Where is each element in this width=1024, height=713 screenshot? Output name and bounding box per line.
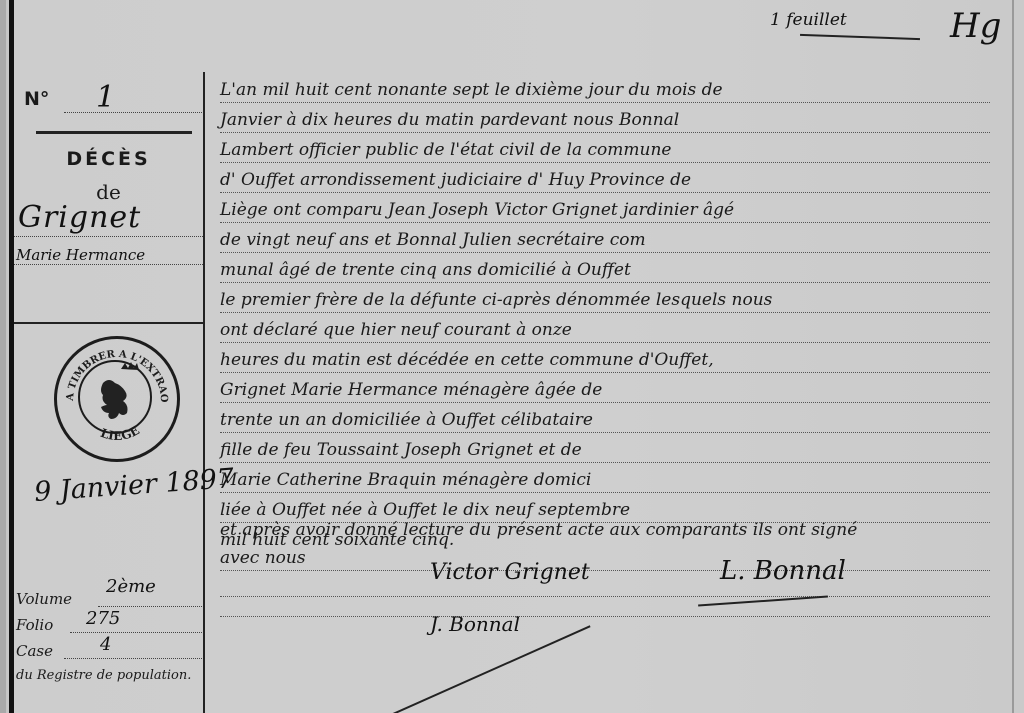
record-number-label: N°	[24, 88, 49, 110]
signature-line	[220, 602, 990, 617]
case-label: Case	[16, 642, 53, 660]
text-line: le premier frère de la défunte ci-après …	[220, 282, 990, 313]
separator-bar	[36, 131, 192, 134]
page-edge-right	[1012, 0, 1014, 713]
text-line: et après avoir donné lecture du présent …	[220, 512, 990, 538]
text-line: L'an mil huit cent nonante sept le dixiè…	[220, 72, 990, 103]
section-heading: DÉCÈS	[14, 148, 203, 170]
deceased-first-names: Marie Hermance	[16, 246, 145, 264]
text-line: avec nous	[220, 540, 990, 571]
signature-line	[220, 574, 990, 597]
record-number-value: 1	[96, 80, 115, 115]
case-value: 4	[100, 634, 111, 655]
text-line: fille de feu Toussaint Joseph Grignet et…	[220, 432, 990, 463]
document-page: 1 feuillet Hg N° 1 DÉCÈS de Grignet Mari…	[0, 0, 1024, 713]
text-line: Marie Catherine Braquin ménagère domici	[220, 462, 990, 493]
folio-value: 275	[86, 608, 120, 629]
text-line: munal âgé de trente cinq ans domicilié à…	[220, 252, 990, 283]
text-line: de vingt neuf ans et Bonnal Julien secré…	[220, 222, 990, 253]
firstnames-dotline	[14, 264, 203, 265]
volume-label: Volume	[16, 590, 72, 608]
surname-dotline	[14, 236, 203, 237]
svg-text:LIEGE: LIEGE	[99, 423, 142, 443]
text-line: Liège ont comparu Jean Joseph Victor Gri…	[220, 192, 990, 223]
text-line: ont déclaré que hier neuf courant à onze	[220, 312, 990, 343]
witness-signature-flourish	[380, 625, 591, 713]
margin-column: N° 1 DÉCÈS de Grignet Marie Hermance A T…	[14, 0, 203, 713]
signature-declarant: Victor Grignet	[430, 560, 590, 585]
separator-bar-2	[14, 322, 203, 324]
folio-label: Folio	[16, 616, 53, 634]
deceased-surname: Grignet	[18, 200, 141, 235]
column-divider	[203, 72, 205, 713]
signature-witness: J. Bonnal	[430, 612, 520, 636]
number-dotline	[64, 112, 202, 113]
volume-value: 2ème	[106, 576, 156, 597]
page-edge	[0, 0, 6, 713]
record-body: L'an mil huit cent nonante sept le dixiè…	[220, 0, 1000, 713]
text-line: trente un an domiciliée à Ouffet célibat…	[220, 402, 990, 433]
text-line: Grignet Marie Hermance ménagère âgée de	[220, 372, 990, 403]
text-line: heures du matin est décédée en cette com…	[220, 342, 990, 373]
case-dotline	[64, 658, 202, 659]
text-line: d' Ouffet arrondissement judiciaire d' H…	[220, 162, 990, 193]
volume-dotline	[98, 606, 202, 607]
register-footer: du Registre de population.	[16, 668, 191, 683]
tax-stamp: A TIMBRER A L'EXTRAORDINAIRE LIEGE	[54, 336, 180, 462]
stamp-emblem-icon: A TIMBRER A L'EXTRAORDINAIRE LIEGE	[57, 339, 177, 459]
text-line: Janvier à dix heures du matin pardevant …	[220, 102, 990, 133]
text-line: Lambert officier public de l'état civil …	[220, 132, 990, 163]
signature-officer: L. Bonnal	[720, 556, 846, 586]
folio-dotline	[70, 632, 202, 633]
